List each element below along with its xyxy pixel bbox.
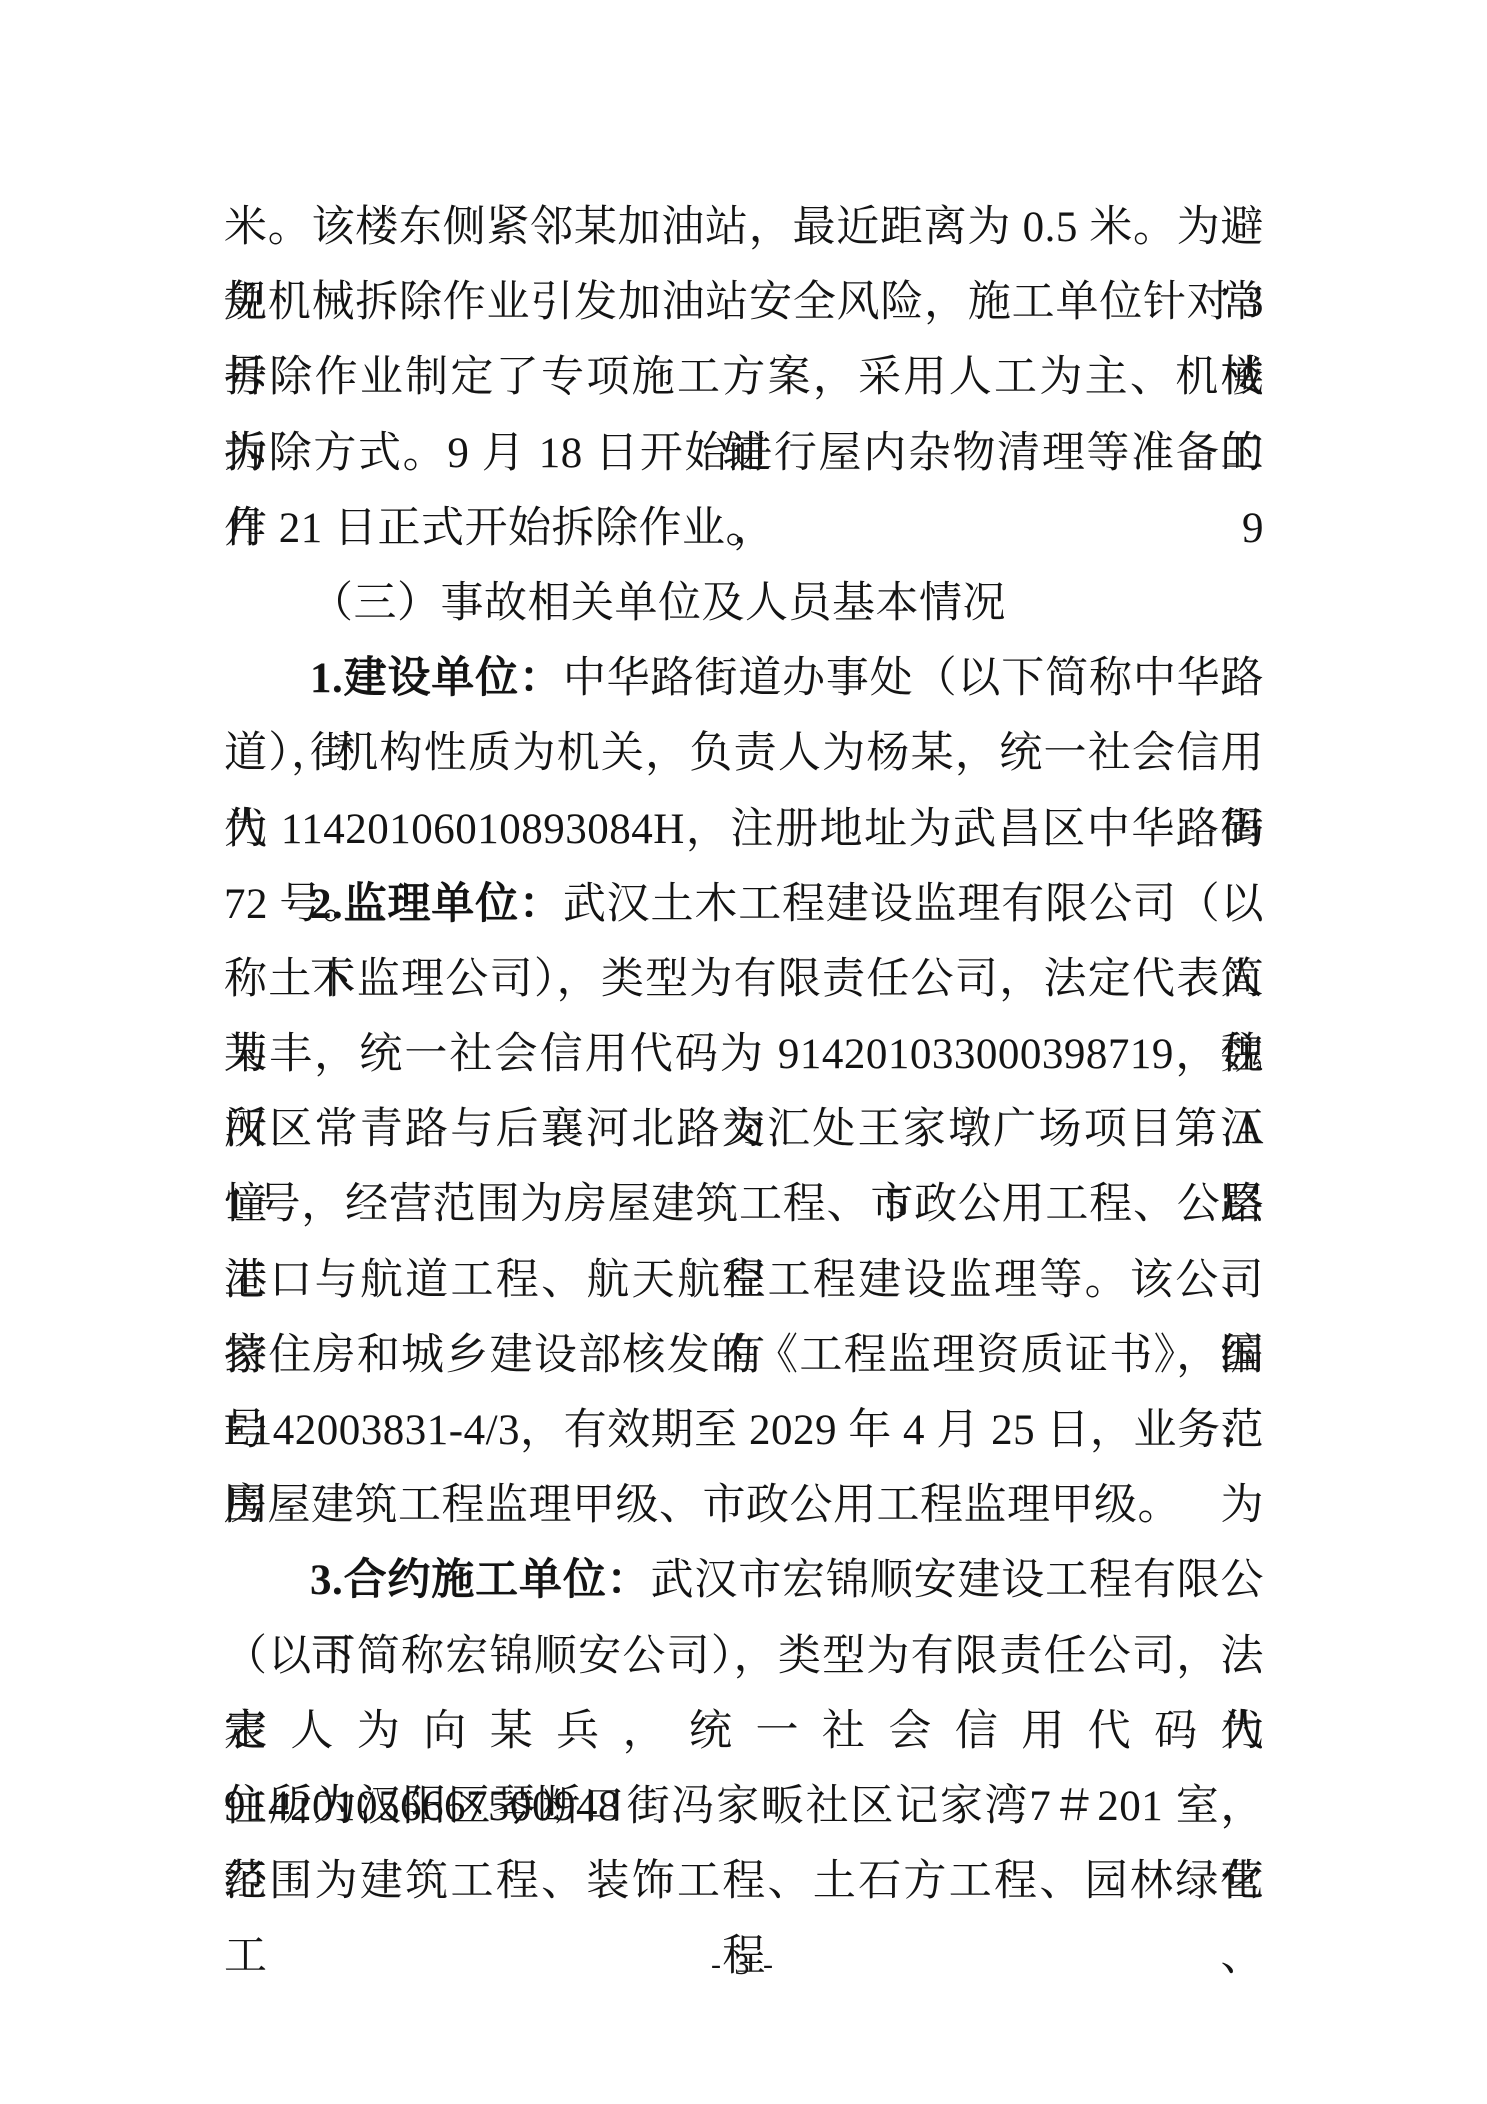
text-line: 某丰，统一社会信用代码为 914201033000398719，住所为江 (224, 1017, 1264, 1092)
text-line: 拆除方式。9 月 18 日开始进行屋内杂物清理等准备工作，9 (224, 416, 1264, 491)
text-line: 拆除作业制定了专项施工方案，采用人工为主、机械为辅的 (224, 340, 1264, 415)
text-line: 米。该楼东侧紧邻某加油站，最近距离为 0.5 米。为避免常 (224, 190, 1264, 265)
text-run: 房屋建筑工程监理甲级、市政公用工程监理甲级。 (224, 1482, 1181, 1529)
text-run: 月 21 日正式开始拆除作业。 (224, 505, 769, 552)
text-line: 住所为汉阳区琴断口街冯家畈社区记家湾7＃201 室，经营 (224, 1769, 1264, 1844)
text-line: 港口与航道工程、航天航空工程建设监理等。该公司持有国 (224, 1243, 1264, 1318)
text-line: 2.监理单位：武汉土木工程建设监理有限公司（以下简 (224, 867, 1264, 942)
text-line: 范围为建筑工程、装饰工程、土石方工程、园林绿化工程、 (224, 1844, 1264, 1919)
document-page: 米。该楼东侧紧邻某加油站，最近距离为 0.5 米。为避免常规机械拆除作业引发加油… (0, 0, 1487, 2104)
text-run: （三）事故相关单位及人员基本情况 (310, 580, 1006, 627)
text-line: 为 11420106010893084H，注册地址为武昌区中华路街 72 号。 (224, 792, 1264, 867)
bold-label: 2.监理单位： (310, 881, 563, 928)
text-line: 房屋建筑工程监理甲级、市政公用工程监理甲级。 (224, 1468, 1264, 1543)
text-line: 称土木监理公司），类型为有限责任公司，法定代表人为魏 (224, 942, 1264, 1017)
text-line: 1 号，经营范围为房屋建筑工程、市政公用工程、公路工程、 (224, 1167, 1264, 1242)
page-footer: - 3 - (0, 1948, 1487, 1982)
text-line: 汉区常青路与后襄河北路交汇处王家墩广场项目第 A 憧 5 层 (224, 1092, 1264, 1167)
text-lines: 米。该楼东侧紧邻某加油站，最近距离为 0.5 米。为避免常规机械拆除作业引发加油… (224, 190, 1264, 1919)
text-line: 规机械拆除作业引发加油站安全风险，施工单位针对 3 号楼 (224, 265, 1264, 340)
text-line: 1.建设单位：中华路街道办事处（以下简称中华路街 (224, 641, 1264, 716)
text-line: E142003831-4/3，有效期至 2029 年 4 月 25 日，业务范围… (224, 1393, 1264, 1468)
section-heading: （三）事故相关单位及人员基本情况 (224, 566, 1264, 641)
bold-label: 1.建设单位： (310, 655, 563, 702)
text-line: 3.合约施工单位：武汉市宏锦顺安建设工程有限公司 (224, 1543, 1264, 1618)
text-line: 道），机构性质为机关，负责人为杨某，统一社会信用代码 (224, 716, 1264, 791)
text-line: 表人为向某兵，统一社会信用代码为 914201056667500948， (224, 1694, 1264, 1769)
bold-label: 3.合约施工单位： (310, 1557, 651, 1604)
text-line: （以下简称宏锦顺安公司），类型为有限责任公司，法定代 (224, 1619, 1264, 1694)
page-number: - 3 - (711, 1948, 776, 1981)
text-line: 家住房和城乡建设部核发的《工程监理资质证书》，编号： (224, 1318, 1264, 1393)
